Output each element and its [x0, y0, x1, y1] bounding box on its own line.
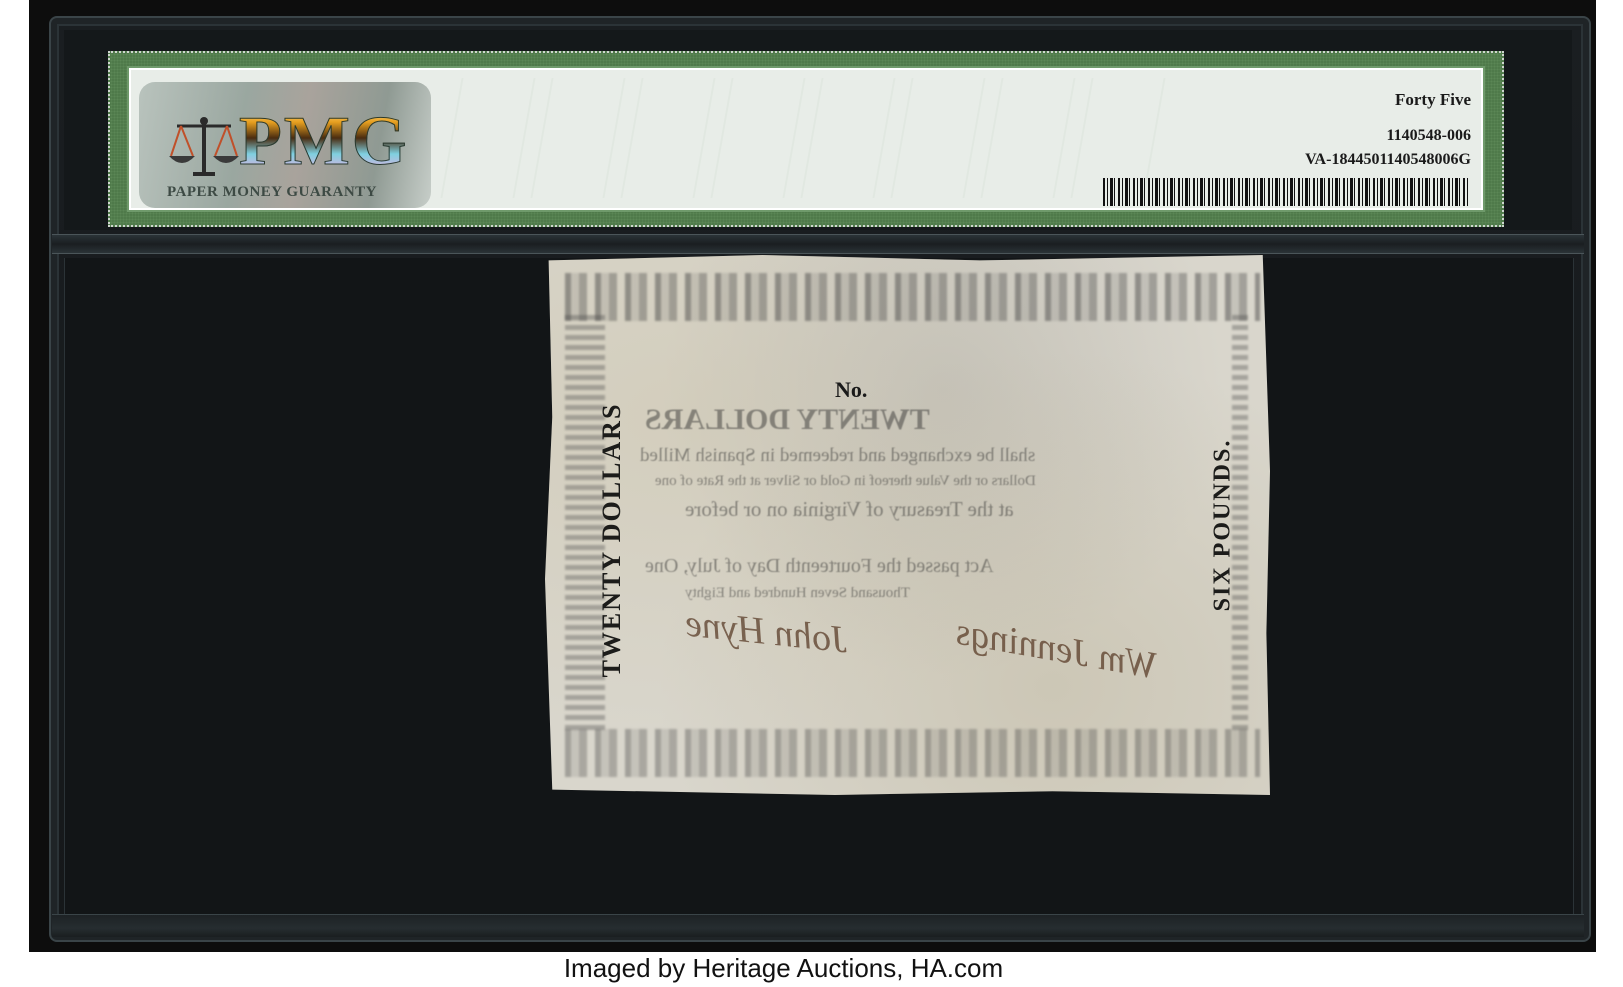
pmg-label: PMG PAPER MONEY GUARANTY Forty Five 1140… [108, 51, 1504, 227]
slab-divider [52, 234, 1584, 254]
scale-watermark [440, 78, 535, 198]
note-pounds-vertical: SIX POUNDS. [1210, 439, 1237, 612]
note-denomination-vertical: TWENTY DOLLARS [597, 403, 627, 678]
bleed-line: TWENTY DOLLARS [645, 403, 930, 437]
bleed-line: at the Treasury of Virginia on or before [685, 497, 1014, 522]
scale-watermark [710, 78, 805, 198]
bleed-line: Dollars or the Value thereof in Gold or … [655, 473, 1036, 490]
cert-number: 1140548-006 [1305, 126, 1471, 146]
pmg-logo: PMG PAPER MONEY GUARANTY [139, 82, 431, 208]
pmg-label-panel: PMG PAPER MONEY GUARANTY Forty Five 1140… [129, 68, 1483, 210]
scale-watermark [800, 78, 895, 198]
grade-text: Forty Five [1305, 90, 1471, 110]
image-credit: Imaged by Heritage Auctions, HA.com [0, 953, 1567, 984]
signature-left: John Hyne [683, 602, 850, 663]
banknote-back: TWENTY DOLLARS SIX POUNDS. No. TWENTY DO… [545, 255, 1270, 795]
signature-right: Wm Jennings [953, 610, 1161, 689]
scales-of-justice-icon [169, 112, 239, 182]
serial-label: No. [835, 377, 867, 402]
note-ornament-bottom [565, 729, 1260, 777]
bleed-line: Thousand Seven Hundred and Eighty [685, 585, 910, 602]
scale-watermark [530, 78, 625, 198]
serial-code: VA-1844501140548006G [1305, 150, 1471, 170]
pmg-logo-subtitle: PAPER MONEY GUARANTY [167, 184, 377, 201]
slab-bottom-edge [52, 914, 1584, 937]
pmg-logo-text: PMG [239, 102, 408, 182]
note-serial: No. [835, 377, 867, 403]
bleed-line: shall be exchanged and redeemed in Spani… [640, 445, 1035, 467]
label-details: Forty Five 1140548-006 VA-18445011405480… [1305, 90, 1471, 170]
scale-watermark [620, 78, 715, 198]
bleed-line: Act passed the Fourteenth Day of July, O… [645, 555, 994, 578]
note-ornament-top [565, 273, 1260, 321]
barcode [1103, 178, 1469, 206]
scale-watermark [980, 78, 1075, 198]
scale-watermark [890, 78, 985, 198]
